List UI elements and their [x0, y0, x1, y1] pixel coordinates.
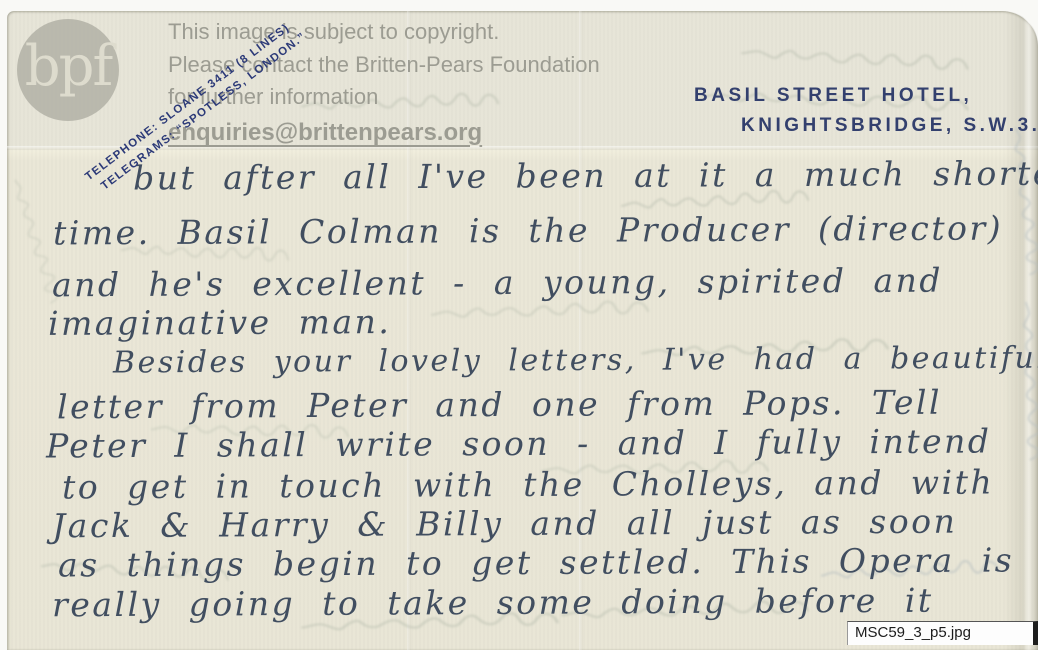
- scanned-letter-page: { "scan": { "filename_label": "MSC59_3_p…: [0, 0, 1038, 650]
- watermark-line: This image is subject to copyright.: [168, 16, 600, 49]
- bpf-logo: bpf: [17, 19, 119, 121]
- handwritten-line: Besides your lovely letters, I've had a …: [113, 341, 1038, 381]
- watermark-email: enquiries@brittenpears.org: [168, 117, 482, 150]
- letterhead-address: KNIGHTSBRIDGE, S.W.3.: [741, 115, 1038, 137]
- letterhead-hotel-name: BASIL STREET HOTEL,: [694, 85, 972, 107]
- handwritten-line: as things begin to get settled. This Ope…: [58, 540, 1014, 584]
- handwritten-line: to get in touch with the Cholleys, and w…: [62, 463, 994, 507]
- filename-label: MSC59_3_p5.jpg: [847, 621, 1038, 645]
- handwritten-line: and he's excellent - a young, spirited a…: [52, 261, 943, 305]
- handwritten-line: Jack & Harry & Billy and all just as soo…: [52, 502, 957, 546]
- handwritten-line: Peter I shall write soon - and I fully i…: [46, 422, 992, 466]
- bpf-logo-text: bpf: [25, 39, 111, 101]
- handwritten-line: letter from Peter and one from Pops. Tel…: [57, 383, 942, 427]
- handwritten-line: imaginative man.: [48, 302, 392, 343]
- handwritten-line: but after all I've been at it a much sho…: [133, 154, 1038, 198]
- handwritten-line: time. Basil Colman is the Producer (dire…: [53, 209, 1003, 253]
- handwritten-line: really going to take some doing before i…: [52, 581, 934, 625]
